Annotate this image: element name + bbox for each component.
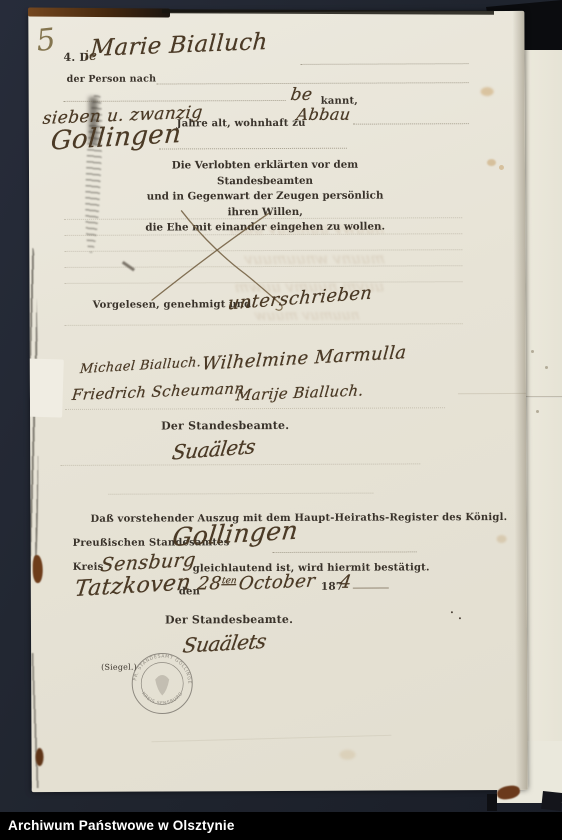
archive-name-label: Archiwum Państwowe w Olsztynie — [0, 812, 562, 840]
archive-watermark-bar: Archiwum Państwowe w Olsztynie — [0, 812, 562, 840]
seal-eagle-icon — [155, 675, 169, 696]
kreis-printed: Kreis — [73, 562, 104, 573]
speck — [531, 350, 534, 353]
book-stand-mark — [487, 794, 497, 811]
book-cover-top-edge — [28, 8, 170, 18]
book-stand-mark — [541, 791, 562, 811]
speck — [545, 366, 548, 369]
document-page-scan: nuuwv uunmuv uum muunv wnuumuuv uuvm nuu… — [28, 11, 527, 792]
day-ordinal-suffix: ten — [221, 576, 237, 586]
official-round-seal: K. PR. STANDESAMT GOLLINGEN KREIS SENSBU… — [129, 650, 195, 716]
day-handwritten: 28ten — [196, 573, 237, 594]
speck — [536, 410, 539, 413]
pen-dash — [353, 588, 389, 589]
registrar-label: Der Standesbeamte. — [165, 613, 293, 627]
registrar-label: Der Standesbeamte. — [161, 419, 289, 433]
month-handwritten: October — [237, 570, 316, 594]
